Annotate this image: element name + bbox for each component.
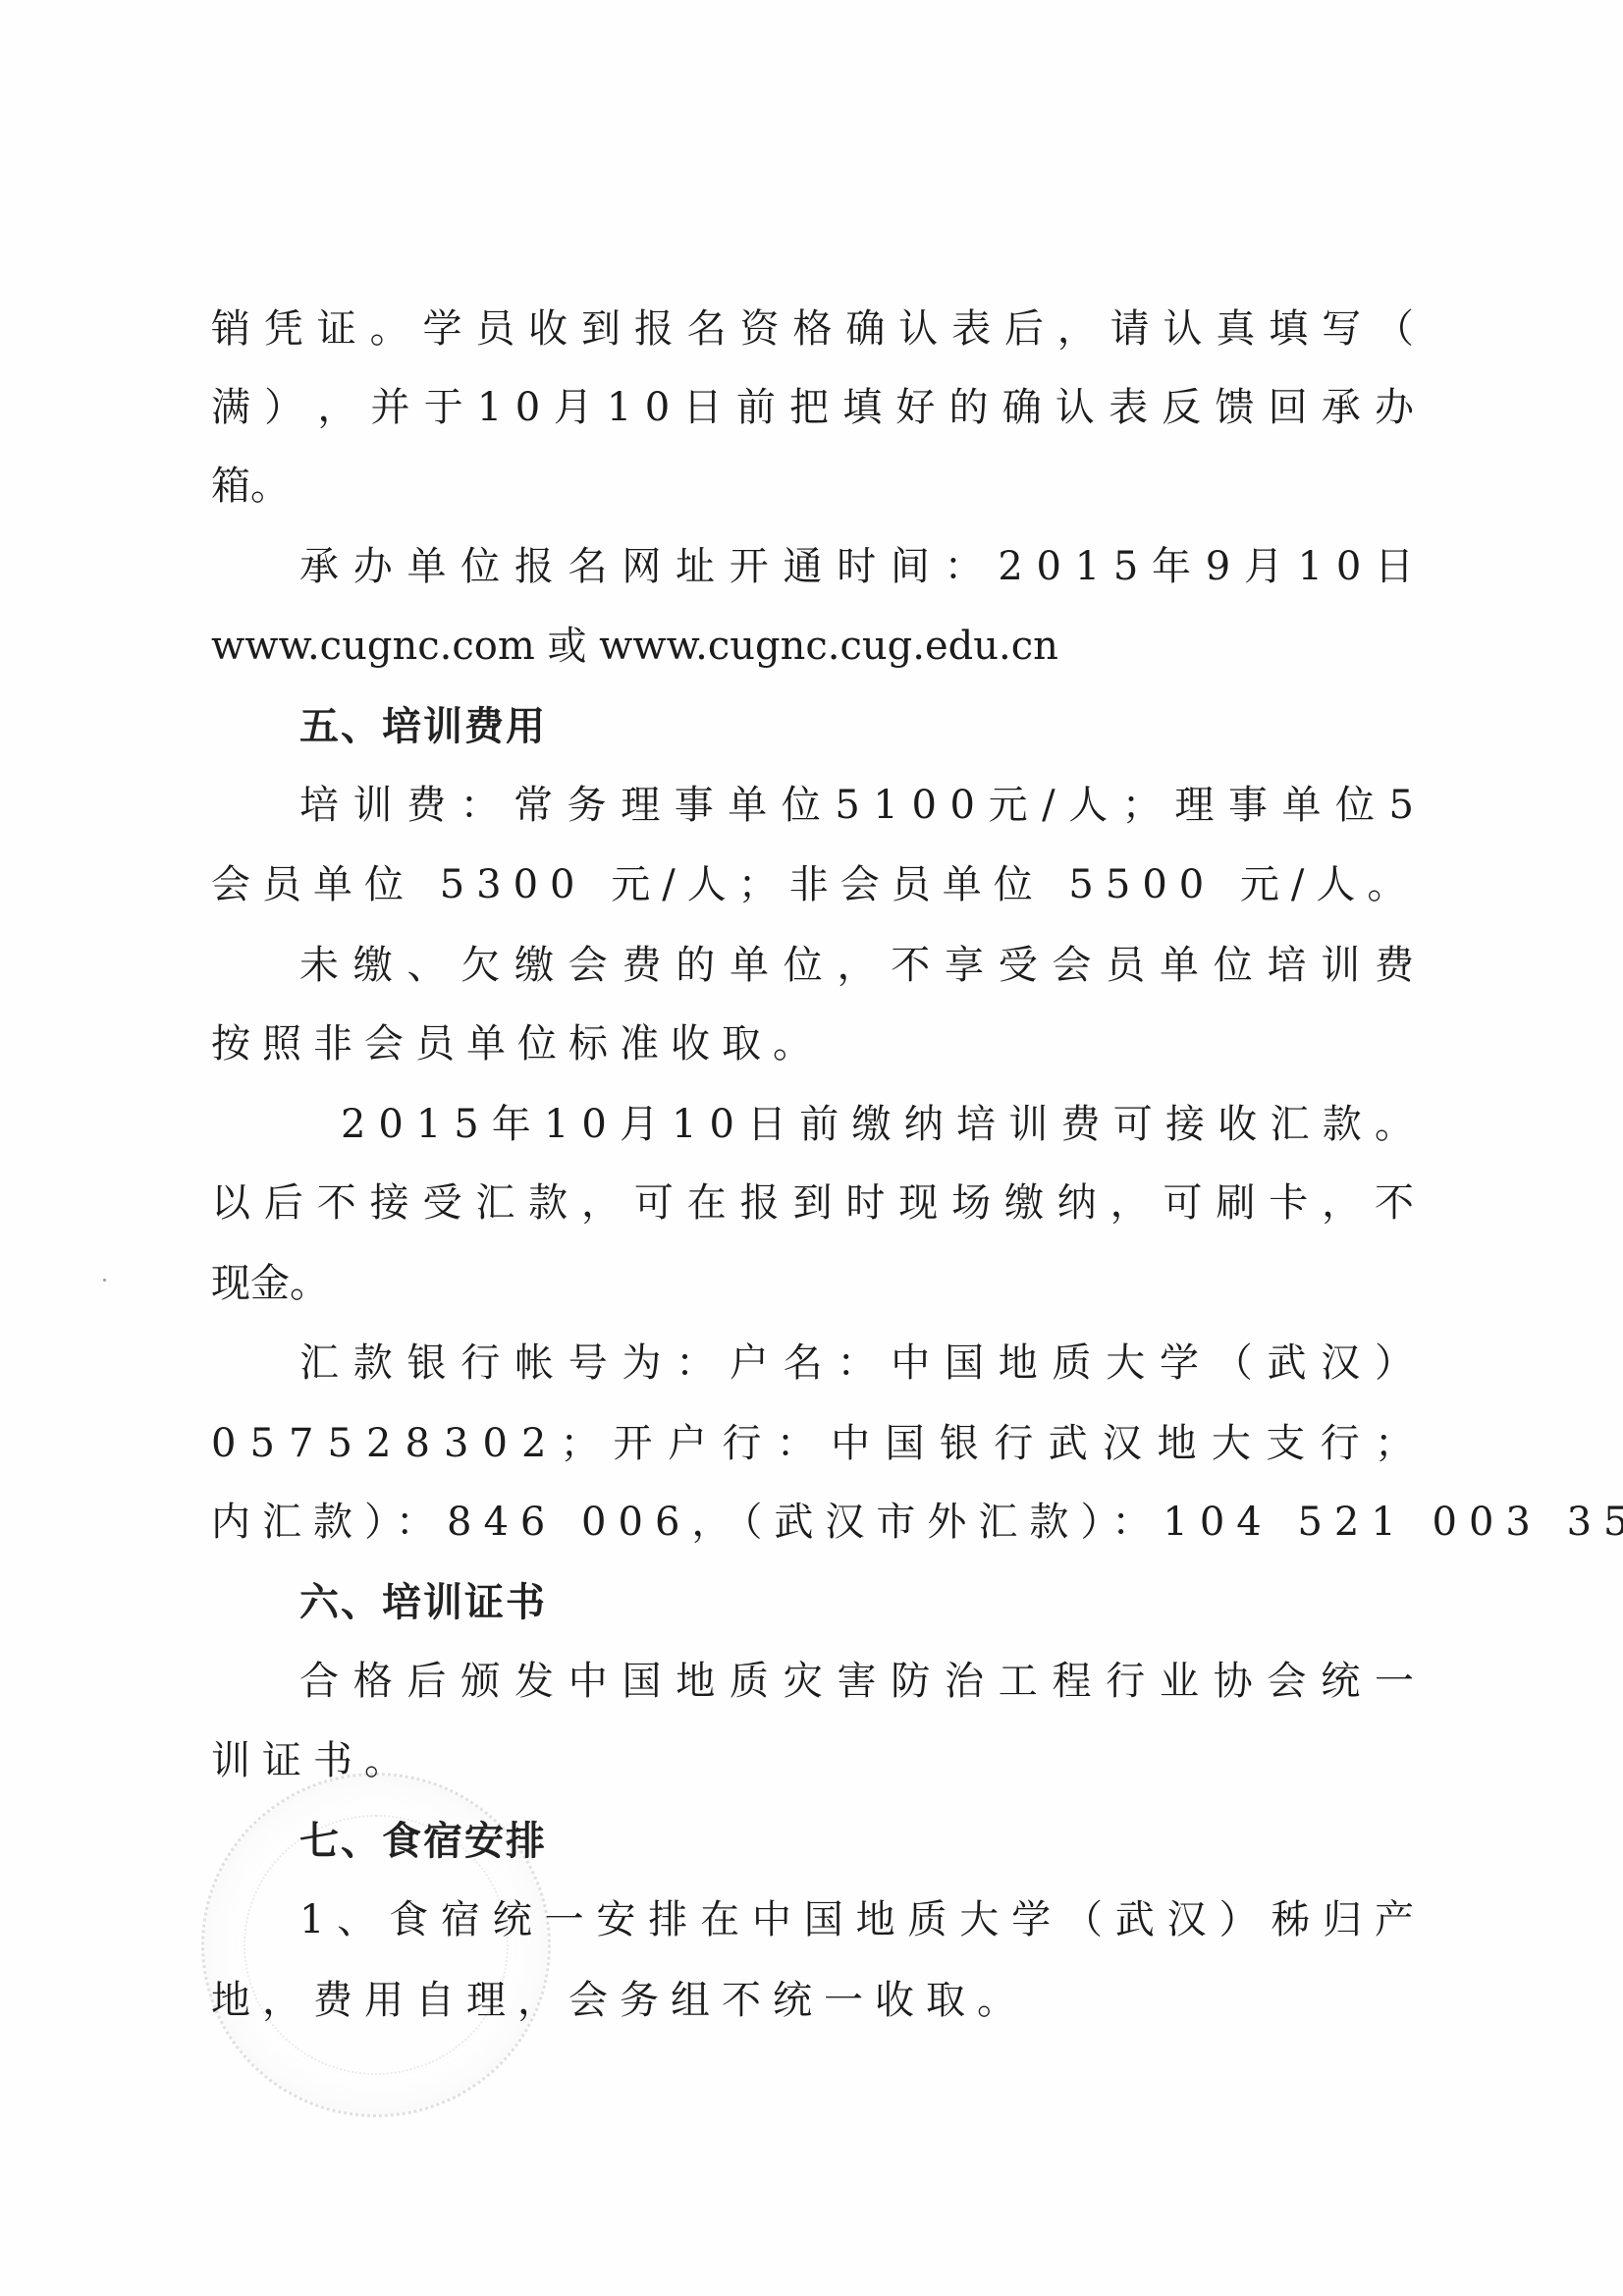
bank-account-line: 汇 款 银 行 帐 号 为 ： 户 名 ： 中 国 地 质 大 学 （ 武 汉 … [299, 1334, 1414, 1393]
paragraph-line: 以 后 不 接 受 汇 款 ， 可 在 报 到 时 现 场 缴 纳 ， 可 刷 … [211, 1174, 1414, 1232]
website-urls-line: www.cugnc.com 或 www.cugnc.cug.edu.cn [211, 617, 1058, 676]
paragraph-line: 按照非会员单位标准收取。 [211, 1014, 824, 1073]
bank-account-line: 内汇款）：846 006，（武汉市外汇款）：104 521 003 359 [211, 1493, 1623, 1552]
paragraph-line: 会员单位 5300 元/人；非会员单位 5500 元/人。 [211, 855, 1418, 914]
paragraph-line: 合 格 后 颁 发 中 国 地 质 灾 害 防 治 工 程 行 业 协 会 统 … [299, 1652, 1414, 1711]
paragraph-line: 现金。 [211, 1254, 329, 1313]
section-heading-accommodation: 七、食宿安排 [299, 1812, 547, 1871]
paragraph-line: 箱。 [211, 457, 290, 516]
section-heading-training-fees: 五、培训费用 [299, 697, 547, 756]
scan-speck [103, 1279, 106, 1282]
paragraph-line: 满 ） ， 并 于 1 0 月 1 0 日 前 把 填 好 的 确 认 表 反 … [211, 378, 1414, 437]
paragraph-line: 培 训 费 ： 常 务 理 事 单 位 5 1 0 0 元 / 人 ； 理 事 … [299, 776, 1414, 835]
paragraph-line: 训证书。 [211, 1731, 415, 1790]
paragraph-line: 销 凭 证 。 学 员 收 到 报 名 资 格 确 认 表 后 ， 请 认 真 … [211, 300, 1414, 358]
paragraph-line: 地，费用自理，会务组不统一收取。 [211, 1971, 1028, 2030]
paragraph-line: 1 、 食 宿 统 一 安 排 在 中 国 地 质 大 学 （ 武 汉 ） 秭 … [299, 1890, 1414, 1949]
section-heading-training-certificate: 六、培训证书 [299, 1573, 547, 1632]
paragraph-line: 承 办 单 位 报 名 网 址 开 通 时 间 ： 2 0 1 5 年 9 月 … [299, 537, 1414, 596]
bank-account-line: 0 5 7 5 2 8 3 0 2 ； 开 户 行 ： 中 国 银 行 武 汉 … [211, 1414, 1414, 1473]
paragraph-line: 2 0 1 5 年 1 0 月 1 0 日 前 缴 纳 培 训 费 可 接 收 … [341, 1095, 1414, 1154]
document-page: 销 凭 证 。 学 员 收 到 报 名 资 格 确 认 表 后 ， 请 认 真 … [0, 0, 1623, 2296]
paragraph-line: 未 缴 、 欠 缴 会 费 的 单 位 ， 不 享 受 会 员 单 位 培 训 … [299, 936, 1414, 995]
